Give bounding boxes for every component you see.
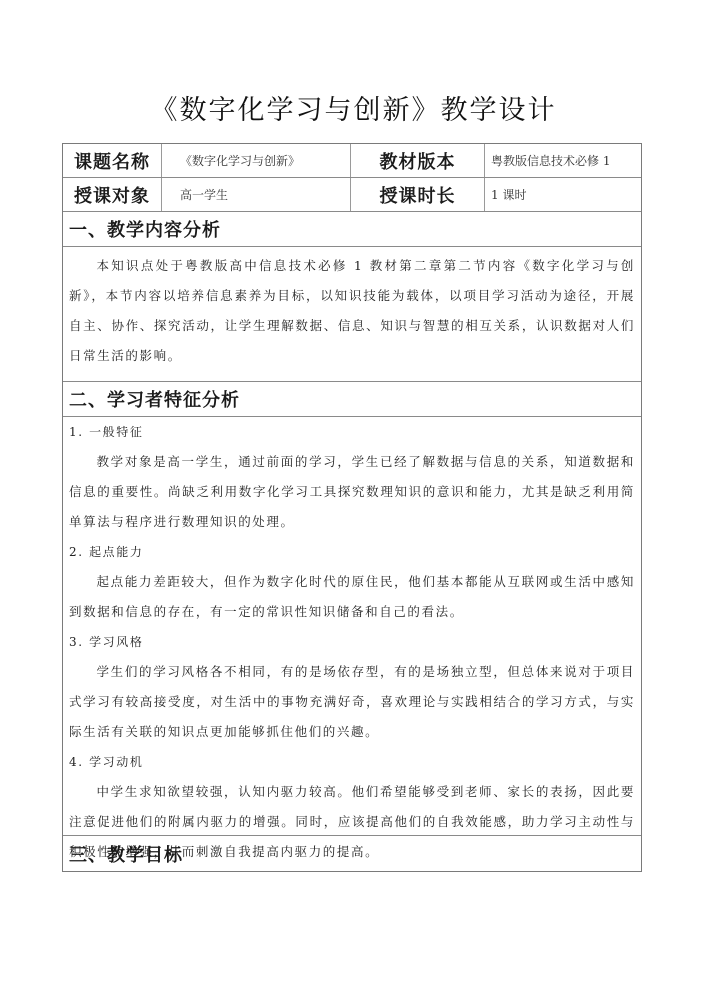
- course-name-value: 《数字化学习与创新》: [162, 144, 351, 177]
- duration-value: 1 课时: [485, 178, 641, 211]
- course-name-label: 课题名称: [63, 144, 162, 177]
- textbook-edition-label: 教材版本: [351, 144, 485, 177]
- learner-subheading-starting-ability: 2. 起点能力: [69, 537, 635, 567]
- textbook-edition-value: 粤教版信息技术必修 1: [485, 144, 641, 177]
- learner-paragraph-general: 教学对象是高一学生，通过前面的学习，学生已经了解数据与信息的关系，知道数据和信息…: [69, 447, 635, 537]
- lesson-plan-table: 课题名称 《数字化学习与创新》 教材版本 粤教版信息技术必修 1 授课对象 高一…: [62, 143, 642, 872]
- meta-row-1: 课题名称 《数字化学习与创新》 教材版本 粤教版信息技术必修 1: [63, 144, 641, 178]
- meta-row-2: 授课对象 高一学生 授课时长 1 课时: [63, 178, 641, 212]
- section-heading-learner-analysis: 二、学习者特征分析: [63, 382, 641, 417]
- duration-label: 授课时长: [351, 178, 485, 211]
- learner-subheading-learning-style: 3. 学习风格: [69, 627, 635, 657]
- document-title: 《数字化学习与创新》教学设计: [0, 88, 707, 127]
- audience-label: 授课对象: [63, 178, 162, 211]
- learner-paragraph-starting-ability: 起点能力差距较大，但作为数字化时代的原住民，他们基本都能从互联网或生活中感知到数…: [69, 567, 635, 627]
- section-heading-teaching-objectives: 三、教学目标: [63, 836, 641, 871]
- section-body-learner-analysis: 1. 一般特征 教学对象是高一学生，通过前面的学习，学生已经了解数据与信息的关系…: [63, 417, 641, 836]
- audience-value: 高一学生: [162, 178, 351, 211]
- learner-subheading-general: 1. 一般特征: [69, 417, 635, 447]
- content-analysis-paragraph: 本知识点处于粤教版高中信息技术必修 1 教材第二章第二节内容《数字化学习与创新》…: [69, 251, 635, 371]
- section-heading-content-analysis: 一、教学内容分析: [63, 212, 641, 247]
- learner-subheading-motivation: 4. 学习动机: [69, 747, 635, 777]
- section-body-content-analysis: 本知识点处于粤教版高中信息技术必修 1 教材第二章第二节内容《数字化学习与创新》…: [63, 247, 641, 382]
- learner-paragraph-learning-style: 学生们的学习风格各不相同，有的是场依存型，有的是场独立型，但总体来说对于项目式学…: [69, 657, 635, 747]
